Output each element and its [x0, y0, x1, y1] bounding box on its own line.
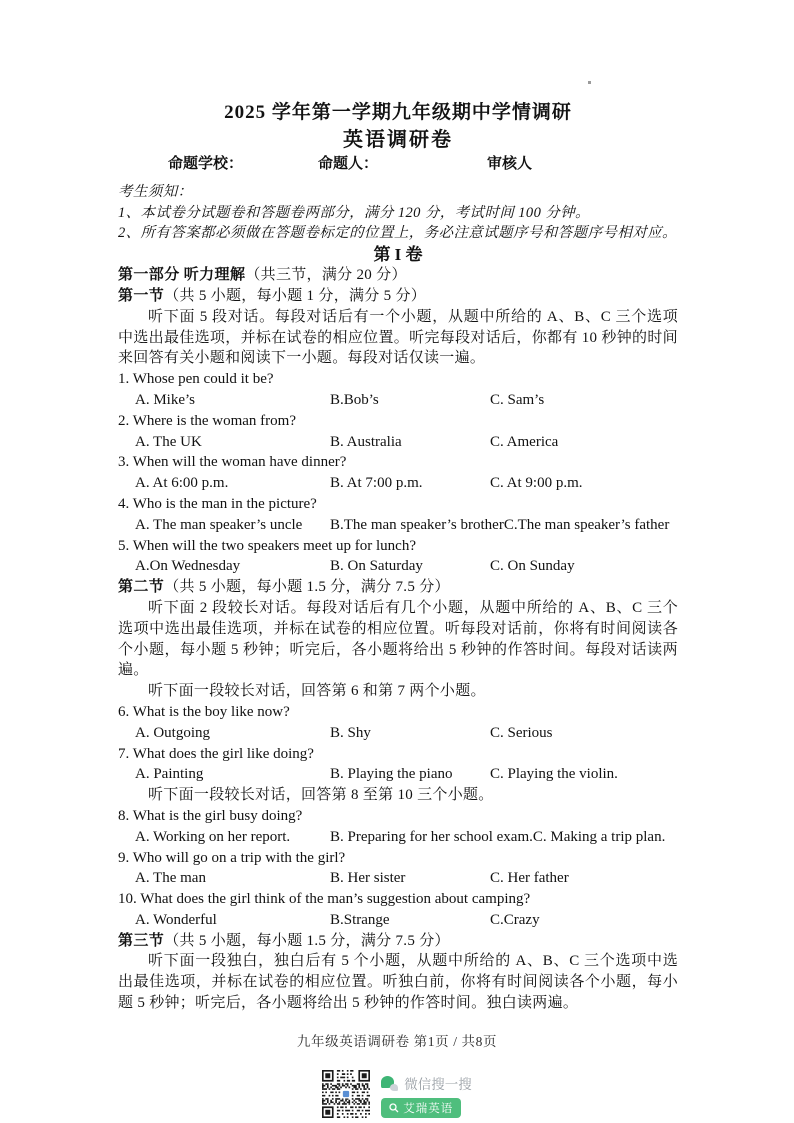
option-a: A. Mike’s	[135, 390, 330, 411]
question-8-text: 8. What is the girl busy doing?	[118, 806, 678, 827]
option-b: B.Bob’s	[330, 390, 490, 411]
section1-heading: 第一节（共 5 小题，每小题 1 分，满分 5 分）	[118, 286, 678, 307]
option-c: C.Crazy	[490, 910, 540, 931]
question-9-text: 9. Who will go on a trip with the girl?	[118, 848, 678, 869]
option-b: B.The man speaker’s brother	[330, 515, 504, 536]
option-a: A. Painting	[135, 764, 330, 785]
section2-subinstruction-2: 听下面一段较长对话，回答第 8 至第 10 三个小题。	[118, 785, 678, 806]
meta-writer-label: 命题人：	[318, 154, 487, 175]
option-b: B. On Saturday	[330, 556, 490, 577]
option-b: B. Shy	[330, 723, 490, 744]
exam-paper-page: 2025 学年第一学期九年级期中学情调研 英语调研卷 命题学校： 命题人： 审核…	[0, 0, 794, 1123]
wechat-search-button: 艾瑞英语	[381, 1098, 461, 1118]
question-3-options: A. At 6:00 p.m. B. At 7:00 p.m. C. At 9:…	[118, 473, 678, 494]
wechat-icon	[381, 1076, 398, 1091]
paper-subtitle: 英语调研卷	[118, 126, 678, 154]
section3-heading: 第三节（共 5 小题，每小题 1.5 分，满分 7.5 分）	[118, 931, 678, 952]
wechat-search-block: 微信搜一搜 艾瑞英语	[381, 1070, 472, 1118]
question-6-options: A. Outgoing B. Shy C. Serious	[118, 723, 678, 744]
option-b: B. Australia	[330, 432, 490, 453]
option-c: C. Her father	[490, 868, 569, 889]
option-c: C. Making a trip plan.	[533, 827, 665, 848]
section2-subinstruction-1: 听下面一段较长对话，回答第 6 和第 7 两个小题。	[118, 681, 678, 702]
option-b: B. Playing the piano	[330, 764, 490, 785]
option-c: C. Playing the violin.	[490, 764, 618, 785]
section2-instruction: 听下面 2 段较长对话。每段对话后有几个小题，从题中所给的 A、B、C 三个选项…	[118, 598, 678, 681]
option-c: C. Sam’s	[490, 390, 544, 411]
question-10-text: 10. What does the girl think of the man’…	[118, 889, 678, 910]
option-b: B. At 7:00 p.m.	[330, 473, 490, 494]
wechat-search-label: 微信搜一搜	[404, 1073, 472, 1093]
candidate-notice: 考生须知： 1、本试卷分试题卷和答题卷两部分，满分 120 分，考试时间 100…	[118, 182, 678, 244]
option-a: A. Outgoing	[135, 723, 330, 744]
option-a: A. The man speaker’s uncle	[135, 515, 330, 536]
wechat-watermark: 微信搜一搜 艾瑞英语	[0, 1070, 794, 1118]
option-c: C. Serious	[490, 723, 553, 744]
wechat-search-row: 微信搜一搜	[381, 1073, 472, 1093]
question-5-options: A.On Wednesday B. On Saturday C. On Sund…	[118, 556, 678, 577]
notice-item-2: 2、所有答案都必须做在答题卷标定的位置上，务必注意试题序号和答题序号相对应。	[118, 223, 678, 244]
question-6-text: 6. What is the boy like now?	[118, 702, 678, 723]
option-a: A. Wonderful	[135, 910, 330, 931]
option-b: B.Strange	[330, 910, 490, 931]
question-1-text: 1. Whose pen could it be?	[118, 369, 678, 390]
question-10-options: A. Wonderful B.Strange C.Crazy	[118, 910, 678, 931]
notice-item-1: 1、本试卷分试题卷和答题卷两部分，满分 120 分，考试时间 100 分钟。	[118, 203, 678, 224]
notice-heading: 考生须知：	[118, 182, 678, 203]
question-7-options: A. Painting B. Playing the piano C. Play…	[118, 764, 678, 785]
option-a: A. The UK	[135, 432, 330, 453]
page-title: 2025 学年第一学期九年级期中学情调研	[118, 100, 678, 126]
meta-row: 命题学校： 命题人： 审核人	[118, 154, 678, 175]
option-a: A. At 6:00 p.m.	[135, 473, 330, 494]
question-1-options: A. Mike’s B.Bob’s C. Sam’s	[118, 390, 678, 411]
page-footer: 九年级英语调研卷 第1页 / 共8页	[0, 1030, 794, 1050]
volume-title: 第 I 卷	[118, 244, 678, 265]
question-2-options: A. The UK B. Australia C. America	[118, 432, 678, 453]
option-a: A.On Wednesday	[135, 556, 330, 577]
option-c: C. America	[490, 432, 558, 453]
question-4-options: A. The man speaker’s uncle B.The man spe…	[118, 515, 678, 536]
magnifier-icon	[389, 1103, 399, 1113]
question-3-text: 3. When will the woman have dinner?	[118, 452, 678, 473]
question-9-options: A. The man B. Her sister C. Her father	[118, 868, 678, 889]
option-c: C. On Sunday	[490, 556, 575, 577]
part1-heading: 第一部分 听力理解（共三节，满分 20 分）	[118, 265, 678, 286]
qr-code-icon	[322, 1070, 370, 1118]
question-8-options: A. Working on her report. B. Preparing f…	[118, 827, 678, 848]
section1-suffix: （共 5 小题，每小题 1 分，满分 5 分）	[164, 288, 426, 304]
option-c: C. At 9:00 p.m.	[490, 473, 583, 494]
meta-school-label: 命题学校：	[168, 154, 318, 175]
section3-instruction: 听下面一段独白，独白后有 5 个小题，从题中所给的 A、B、C 三个选项中选出最…	[118, 951, 678, 1013]
option-b: B. Preparing for her school exam.	[330, 827, 533, 848]
option-b: B. Her sister	[330, 868, 490, 889]
part1-suffix: （共三节，满分 20 分）	[245, 267, 406, 283]
option-a: A. Working on her report.	[135, 827, 330, 848]
question-4-text: 4. Who is the man in the picture?	[118, 494, 678, 515]
part1-title: 第一部分 听力理解	[118, 267, 245, 283]
section3-title: 第三节	[118, 933, 164, 949]
section1-instruction: 听下面 5 段对话。每段对话后有一个小题，从题中所给的 A、B、C 三个选项中选…	[118, 307, 678, 369]
section1-title: 第一节	[118, 288, 164, 304]
section3-suffix: （共 5 小题，每小题 1.5 分，满分 7.5 分）	[164, 933, 450, 949]
scan-artifact-dot	[588, 81, 591, 84]
option-c: C.The man speaker’s father	[504, 515, 670, 536]
meta-reviewer-label: 审核人	[487, 154, 532, 175]
option-a: A. The man	[135, 868, 330, 889]
section2-title: 第二节	[118, 579, 164, 595]
section2-heading: 第二节（共 5 小题，每小题 1.5 分，满分 7.5 分）	[118, 577, 678, 598]
wechat-account-name: 艾瑞英语	[403, 1100, 453, 1116]
question-7-text: 7. What does the girl like doing?	[118, 744, 678, 765]
section2-suffix: （共 5 小题，每小题 1.5 分，满分 7.5 分）	[164, 579, 450, 595]
question-5-text: 5. When will the two speakers meet up fo…	[118, 536, 678, 557]
question-2-text: 2. Where is the woman from?	[118, 411, 678, 432]
paper-content: 2025 学年第一学期九年级期中学情调研 英语调研卷 命题学校： 命题人： 审核…	[118, 100, 678, 1014]
